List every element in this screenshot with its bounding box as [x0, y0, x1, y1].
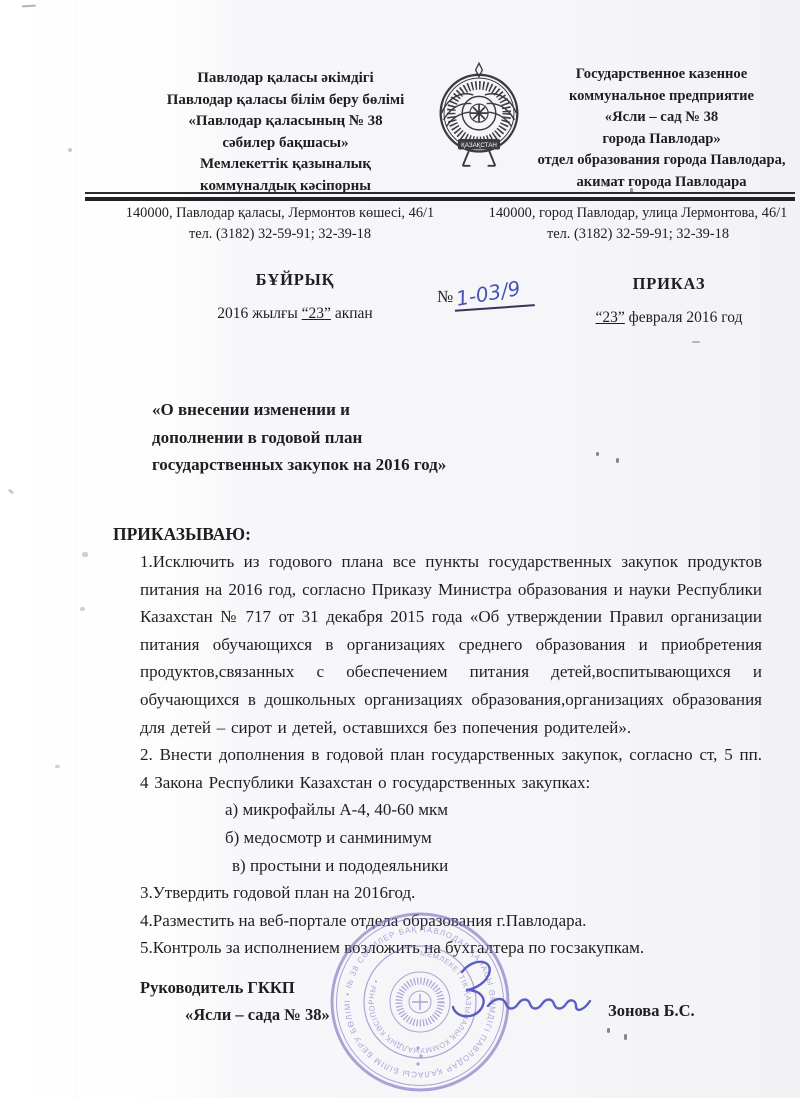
body-subitem: б) медосмотр и санминимум — [225, 824, 775, 852]
order-body: ПРИКАЗЫВАЮ: 1.Исключить из годового план… — [113, 524, 775, 962]
org-line: коммунальное предприятие — [525, 86, 798, 108]
date-day: “23” — [596, 309, 625, 326]
signer-role: Руководитель ГККП «Ясли – сада № 38» — [140, 974, 330, 1028]
scan-speck — [8, 488, 15, 494]
address-line: 140000, Павлодар қаласы, Лермонтов көшес… — [85, 203, 475, 224]
scan-speck — [80, 607, 85, 611]
date-text: акпан — [331, 305, 373, 322]
body-subitem: а) микрофайлы А-4, 40-60 мкм — [225, 796, 775, 824]
order-number: №1-03/9 — [437, 283, 534, 309]
order-title-kazakh: БҰЙРЫҚ — [150, 270, 440, 290]
order-subject: «О внесении изменении и дополнении в год… — [152, 396, 582, 479]
order-date-kazakh: 2016 жылғы “23” акпан — [150, 305, 440, 323]
handwritten-signature-icon — [418, 952, 608, 1037]
address-russian: 140000, город Павлодар, улица Лермонтова… — [478, 203, 798, 244]
scan-speck — [68, 148, 72, 152]
handwritten-order-number: 1-03/9 — [454, 276, 522, 311]
document-page: Павлодар қаласы әкімдігі Павлодар қаласы… — [0, 0, 800, 1098]
org-name-kazakh: Павлодар қаласы әкімдігі Павлодар қаласы… — [138, 58, 433, 197]
scan-speck — [616, 458, 619, 463]
scan-speck — [22, 5, 36, 8]
date-text: февраля 2016 год — [625, 309, 743, 326]
org-line: Павлодар қаласы әкімдігі — [138, 68, 433, 90]
order-title-russian: ПРИКАЗ — [543, 274, 795, 294]
emblem-banner-text: ҚАЗАҚСТАН — [461, 142, 497, 149]
org-line: сәбилер бақшасы» — [138, 133, 433, 155]
org-line: Мемлекеттік қазыналық — [138, 154, 433, 176]
signer-name: Зонова Б.С. — [608, 1001, 695, 1021]
scan-speck — [692, 341, 700, 343]
number-underline: 1-03/9 — [453, 280, 535, 312]
address-kazakh: 140000, Павлодар қаласы, Лермонтов көшес… — [85, 203, 475, 244]
subject-line: «О внесении изменении и — [152, 396, 582, 424]
scan-seam — [75, 0, 76, 1098]
header-divider — [85, 192, 795, 201]
body-subitem: в) простыни и пододеяльники — [232, 852, 775, 880]
order-heading-russian: ПРИКАЗ “23” февраля 2016 год — [543, 274, 795, 327]
body-paragraph: 3.Утвердить годовой план на 2016год. — [140, 879, 775, 907]
signer-role-line: Руководитель ГККП — [140, 974, 330, 1001]
scan-speck — [55, 765, 60, 768]
scan-speck — [82, 552, 88, 557]
kazakhstan-emblem-icon: ҚАЗАҚСТАН — [433, 58, 525, 197]
number-sign: № — [437, 287, 453, 306]
org-line: «Ясли – сад № 38 — [525, 107, 798, 129]
body-paragraph: 1.Исключить из годового плана все пункты… — [140, 548, 762, 741]
org-line: отдел образования города Павлодара, — [525, 150, 798, 172]
org-name-russian: Государственное казенное коммунальное пр… — [525, 58, 798, 197]
address-line: тел. (3182) 32-59-91; 32-39-18 — [85, 224, 475, 245]
org-line: города Павлодар» — [525, 129, 798, 151]
signer-role-line: «Ясли – сада № 38» — [185, 1001, 330, 1028]
subject-line: дополнении в годовой план — [152, 424, 582, 452]
subject-line: государственных закупок на 2016 год» — [152, 451, 582, 479]
body-paragraph: 2. Внести дополнения в годовой план госу… — [140, 741, 762, 796]
date-day: “23” — [302, 305, 331, 322]
org-line: Павлодар қаласы білім беру бөлімі — [138, 90, 433, 112]
org-line: Государственное казенное — [525, 64, 798, 86]
address-line: тел. (3182) 32-59-91; 32-39-18 — [478, 224, 798, 245]
command-word: ПРИКАЗЫВАЮ: — [113, 524, 775, 545]
order-heading-kazakh: БҰЙРЫҚ 2016 жылғы “23” акпан — [150, 270, 440, 323]
date-text: 2016 жылғы — [217, 305, 301, 322]
scan-speck — [596, 452, 599, 456]
scan-speck — [624, 1034, 627, 1040]
org-line: акимат города Павлодара — [525, 172, 798, 194]
org-line: «Павлодар қаласының № 38 — [138, 111, 433, 133]
order-date-russian: “23” февраля 2016 год — [543, 309, 795, 327]
letterhead: Павлодар қаласы әкімдігі Павлодар қаласы… — [138, 58, 798, 197]
address-line: 140000, город Павлодар, улица Лермонтова… — [478, 203, 798, 224]
